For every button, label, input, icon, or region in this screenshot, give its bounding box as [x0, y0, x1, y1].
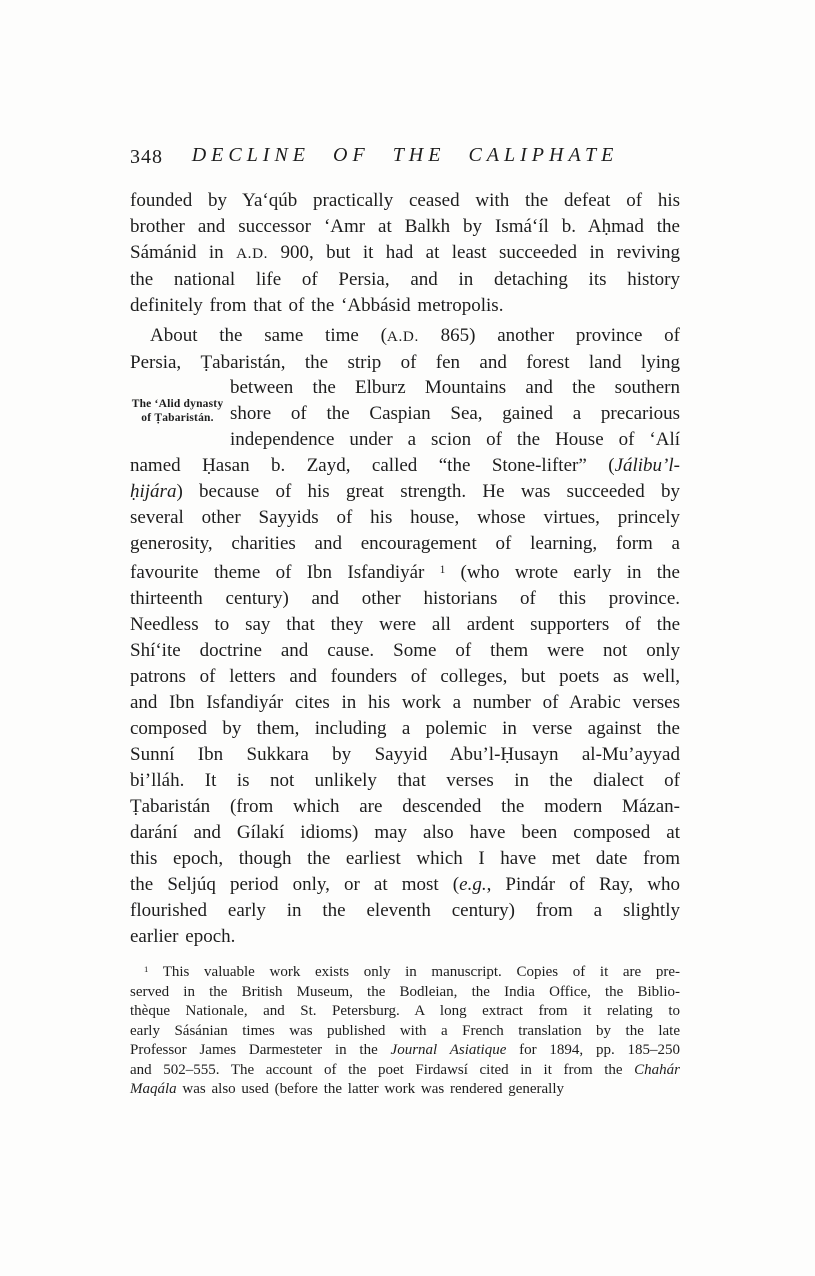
- book-page: 348 DECLINE OF THE CALIPHATE founded by …: [0, 0, 815, 1276]
- text-line: served in the British Museum, the Bodlei…: [130, 983, 680, 1003]
- text-line: Sunní Ibn Sukkara by Sayyid Abu’l-Ḥusayn…: [130, 742, 680, 768]
- running-title: DECLINE OF THE CALIPHATE: [130, 144, 680, 167]
- text-line: Ṭabaristán (from which are descended the…: [130, 794, 680, 820]
- text-line: named Ḥasan b. Zayd, called “the Stone-l…: [130, 453, 680, 479]
- text-line: founded by Ya‘qúb practically ceased wit…: [130, 188, 680, 214]
- body-paragraph-2-continued: named Ḥasan b. Zayd, called “the Stone-l…: [130, 453, 680, 950]
- text-line: Shí‘ite doctrine and cause. Some of them…: [130, 638, 680, 664]
- text-line: Needless to say that they were all arden…: [130, 612, 680, 638]
- text-line: independence under a scion of the House …: [230, 427, 680, 453]
- sidenote-line: The ‘Alid dynasty: [127, 397, 228, 411]
- page-number: 348: [130, 146, 163, 169]
- text-line: early Sásánian times was published with …: [130, 1022, 680, 1042]
- text-line: patrons of letters and founders of colle…: [130, 664, 680, 690]
- text-line: generosity, charities and encouragement …: [130, 531, 680, 557]
- body-paragraph-1: founded by Ya‘qúb practically ceased wit…: [130, 188, 680, 319]
- text-line: bi’lláh. It is not unlikely that verses …: [130, 768, 680, 794]
- text-line: definitely from that of the ‘Abbásid met…: [130, 293, 680, 319]
- text-line: thirteenth century) and other historians…: [130, 586, 680, 612]
- text-line: Maqála was also used (before the latter …: [130, 1080, 680, 1100]
- text-line: Professor James Darmesteter in the Journ…: [130, 1041, 680, 1061]
- text-line: favourite theme of Ibn Isfandiyár 1 (who…: [130, 557, 680, 586]
- body-paragraph-2-opening: About the same time (A.D. 865) another p…: [130, 323, 680, 376]
- sidenote-line: of Ṭabaristán.: [127, 411, 228, 425]
- body-paragraph-2-indented: between the Elburz Mountains and the sou…: [230, 375, 680, 453]
- text-line: Sámánid in A.D. 900, but it had at least…: [130, 240, 680, 267]
- text-line: Persia, Ṭabaristán, the strip of fen and…: [130, 350, 680, 376]
- text-line: flourished early in the eleventh century…: [130, 898, 680, 924]
- text-line: the Seljúq period only, or at most (e.g.…: [130, 872, 680, 898]
- text-line: About the same time (A.D. 865) another p…: [130, 323, 680, 350]
- margin-sidenote: The ‘Alid dynasty of Ṭabaristán.: [127, 397, 228, 425]
- text-line: earlier epoch.: [130, 924, 680, 950]
- footnote: 1 This valuable work exists only in manu…: [130, 960, 680, 1100]
- text-line: several other Sayyids of his house, whos…: [130, 505, 680, 531]
- text-line: 1 This valuable work exists only in manu…: [130, 960, 680, 983]
- text-line: and Ibn Isfandiyár cites in his work a n…: [130, 690, 680, 716]
- text-line: ḥijára) because of his great strength. H…: [130, 479, 680, 505]
- page-header: 348 DECLINE OF THE CALIPHATE: [130, 144, 680, 172]
- text-line: the national life of Persia, and in deta…: [130, 267, 680, 293]
- text-line: this epoch, though the earliest which I …: [130, 846, 680, 872]
- text-line: between the Elburz Mountains and the sou…: [230, 375, 680, 401]
- text-line: brother and successor ‘Amr at Balkh by I…: [130, 214, 680, 240]
- text-line: and 502–555. The account of the poet Fir…: [130, 1061, 680, 1081]
- text-line: thèque Nationale, and St. Petersburg. A …: [130, 1002, 680, 1022]
- text-line: composed by them, including a polemic in…: [130, 716, 680, 742]
- text-line: darání and Gílakí idioms) may also have …: [130, 820, 680, 846]
- text-line: shore of the Caspian Sea, gained a preca…: [230, 401, 680, 427]
